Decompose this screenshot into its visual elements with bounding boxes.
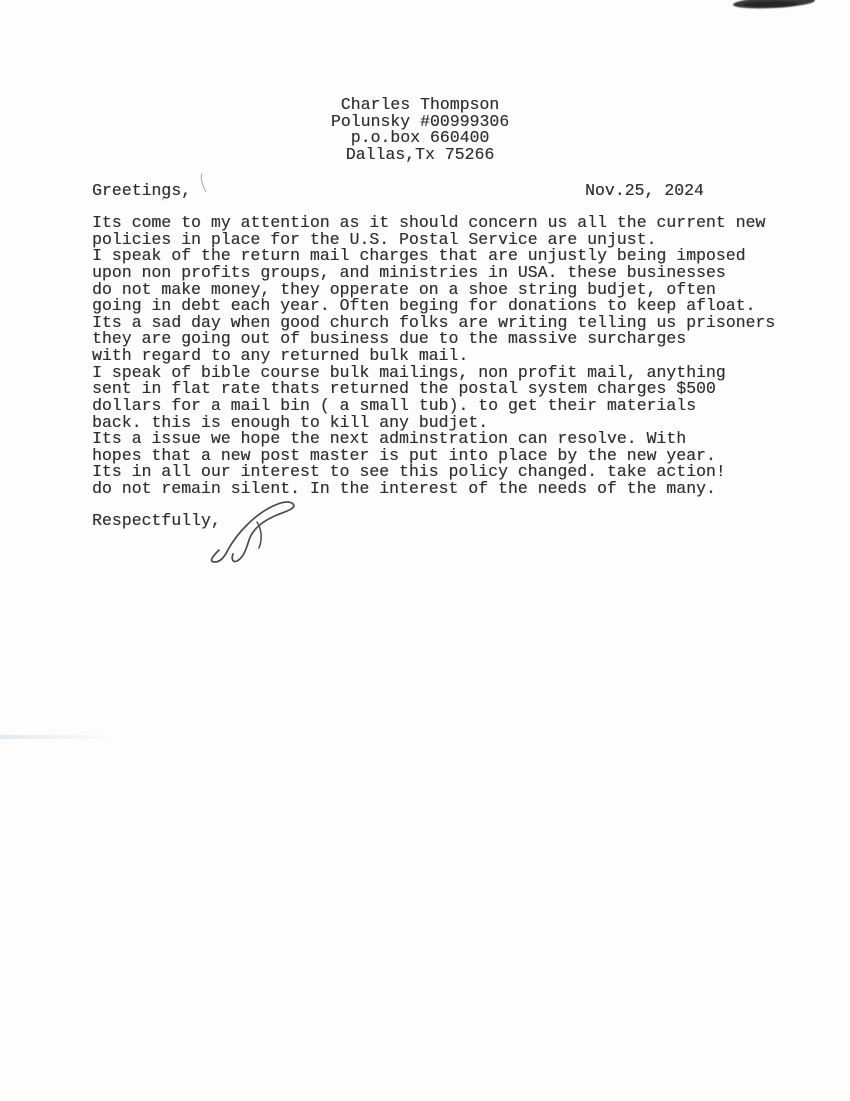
salutation: Greetings, <box>92 183 191 200</box>
scan-smudge-artifact <box>733 0 815 10</box>
pen-flick-artifact <box>188 172 214 194</box>
signature-scribble <box>205 498 310 568</box>
scanned-letter-page: Charles Thompson Polunsky #00999306 p.o.… <box>0 0 850 1101</box>
closing-line: Respectfully, <box>92 513 221 530</box>
letter-date: Nov.25, 2024 <box>585 183 704 200</box>
scan-streak-artifact <box>0 735 115 739</box>
letter-body: Its come to my attention as it should co… <box>92 215 775 498</box>
stray-ink-mark: ’ <box>160 198 166 209</box>
sender-address-block: Charles Thompson Polunsky #00999306 p.o.… <box>250 97 590 164</box>
